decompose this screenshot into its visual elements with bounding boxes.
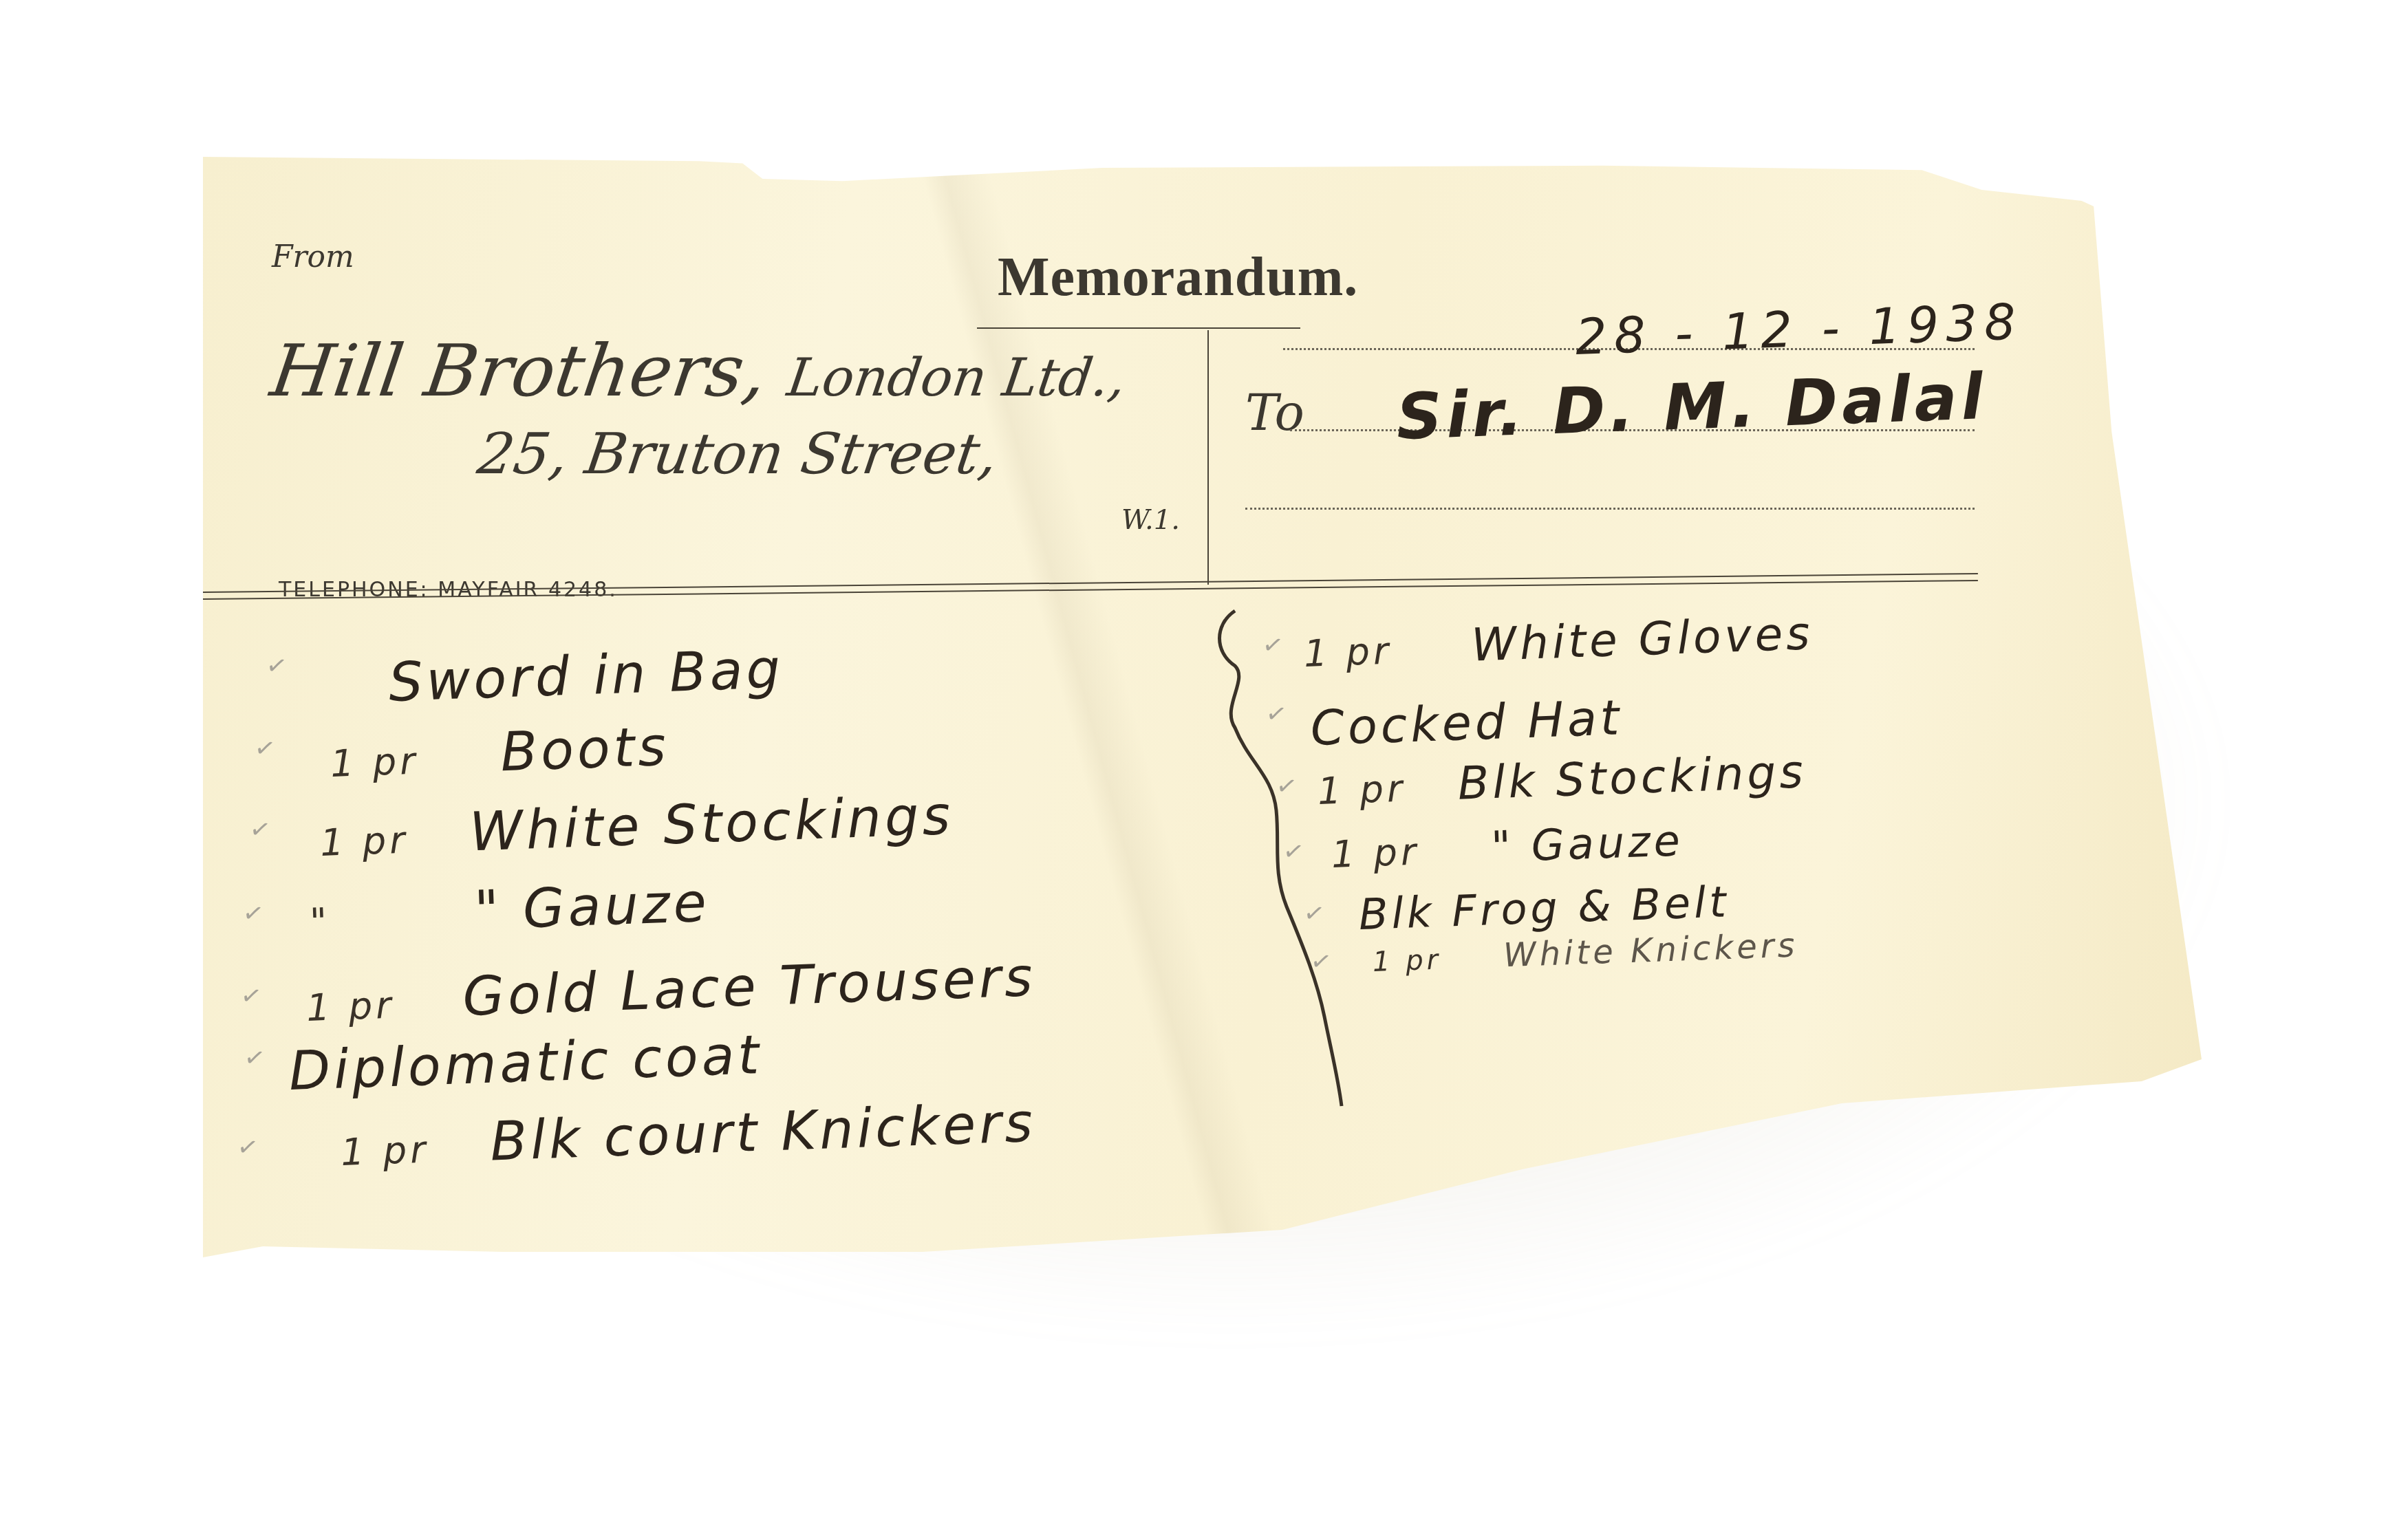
item-text: Boots [499,716,670,784]
list-item: Cocked Hat [1310,689,1624,757]
item-qty: 1 pr [330,739,419,786]
item-text: Cocked Hat [1310,689,1624,757]
item-qty: 1 pr [319,819,409,865]
item-qty: 1 pr [1317,767,1406,813]
list-item: 1 pr Boots [329,716,670,790]
item-qty: 1 pr [1372,944,1442,978]
item-text: " Gauze [1490,815,1684,872]
item-text: " Gauze [473,872,711,942]
item-qty: 1 pr [305,984,395,1030]
memorandum-sheet: From Memorandum. Hill Brothers, London L… [203,157,2202,1257]
item-qty: " [309,900,331,944]
item-qty: 1 pr [1303,629,1393,675]
item-qty: 1 pr [340,1128,429,1174]
item-qty: 1 pr [1331,830,1420,876]
